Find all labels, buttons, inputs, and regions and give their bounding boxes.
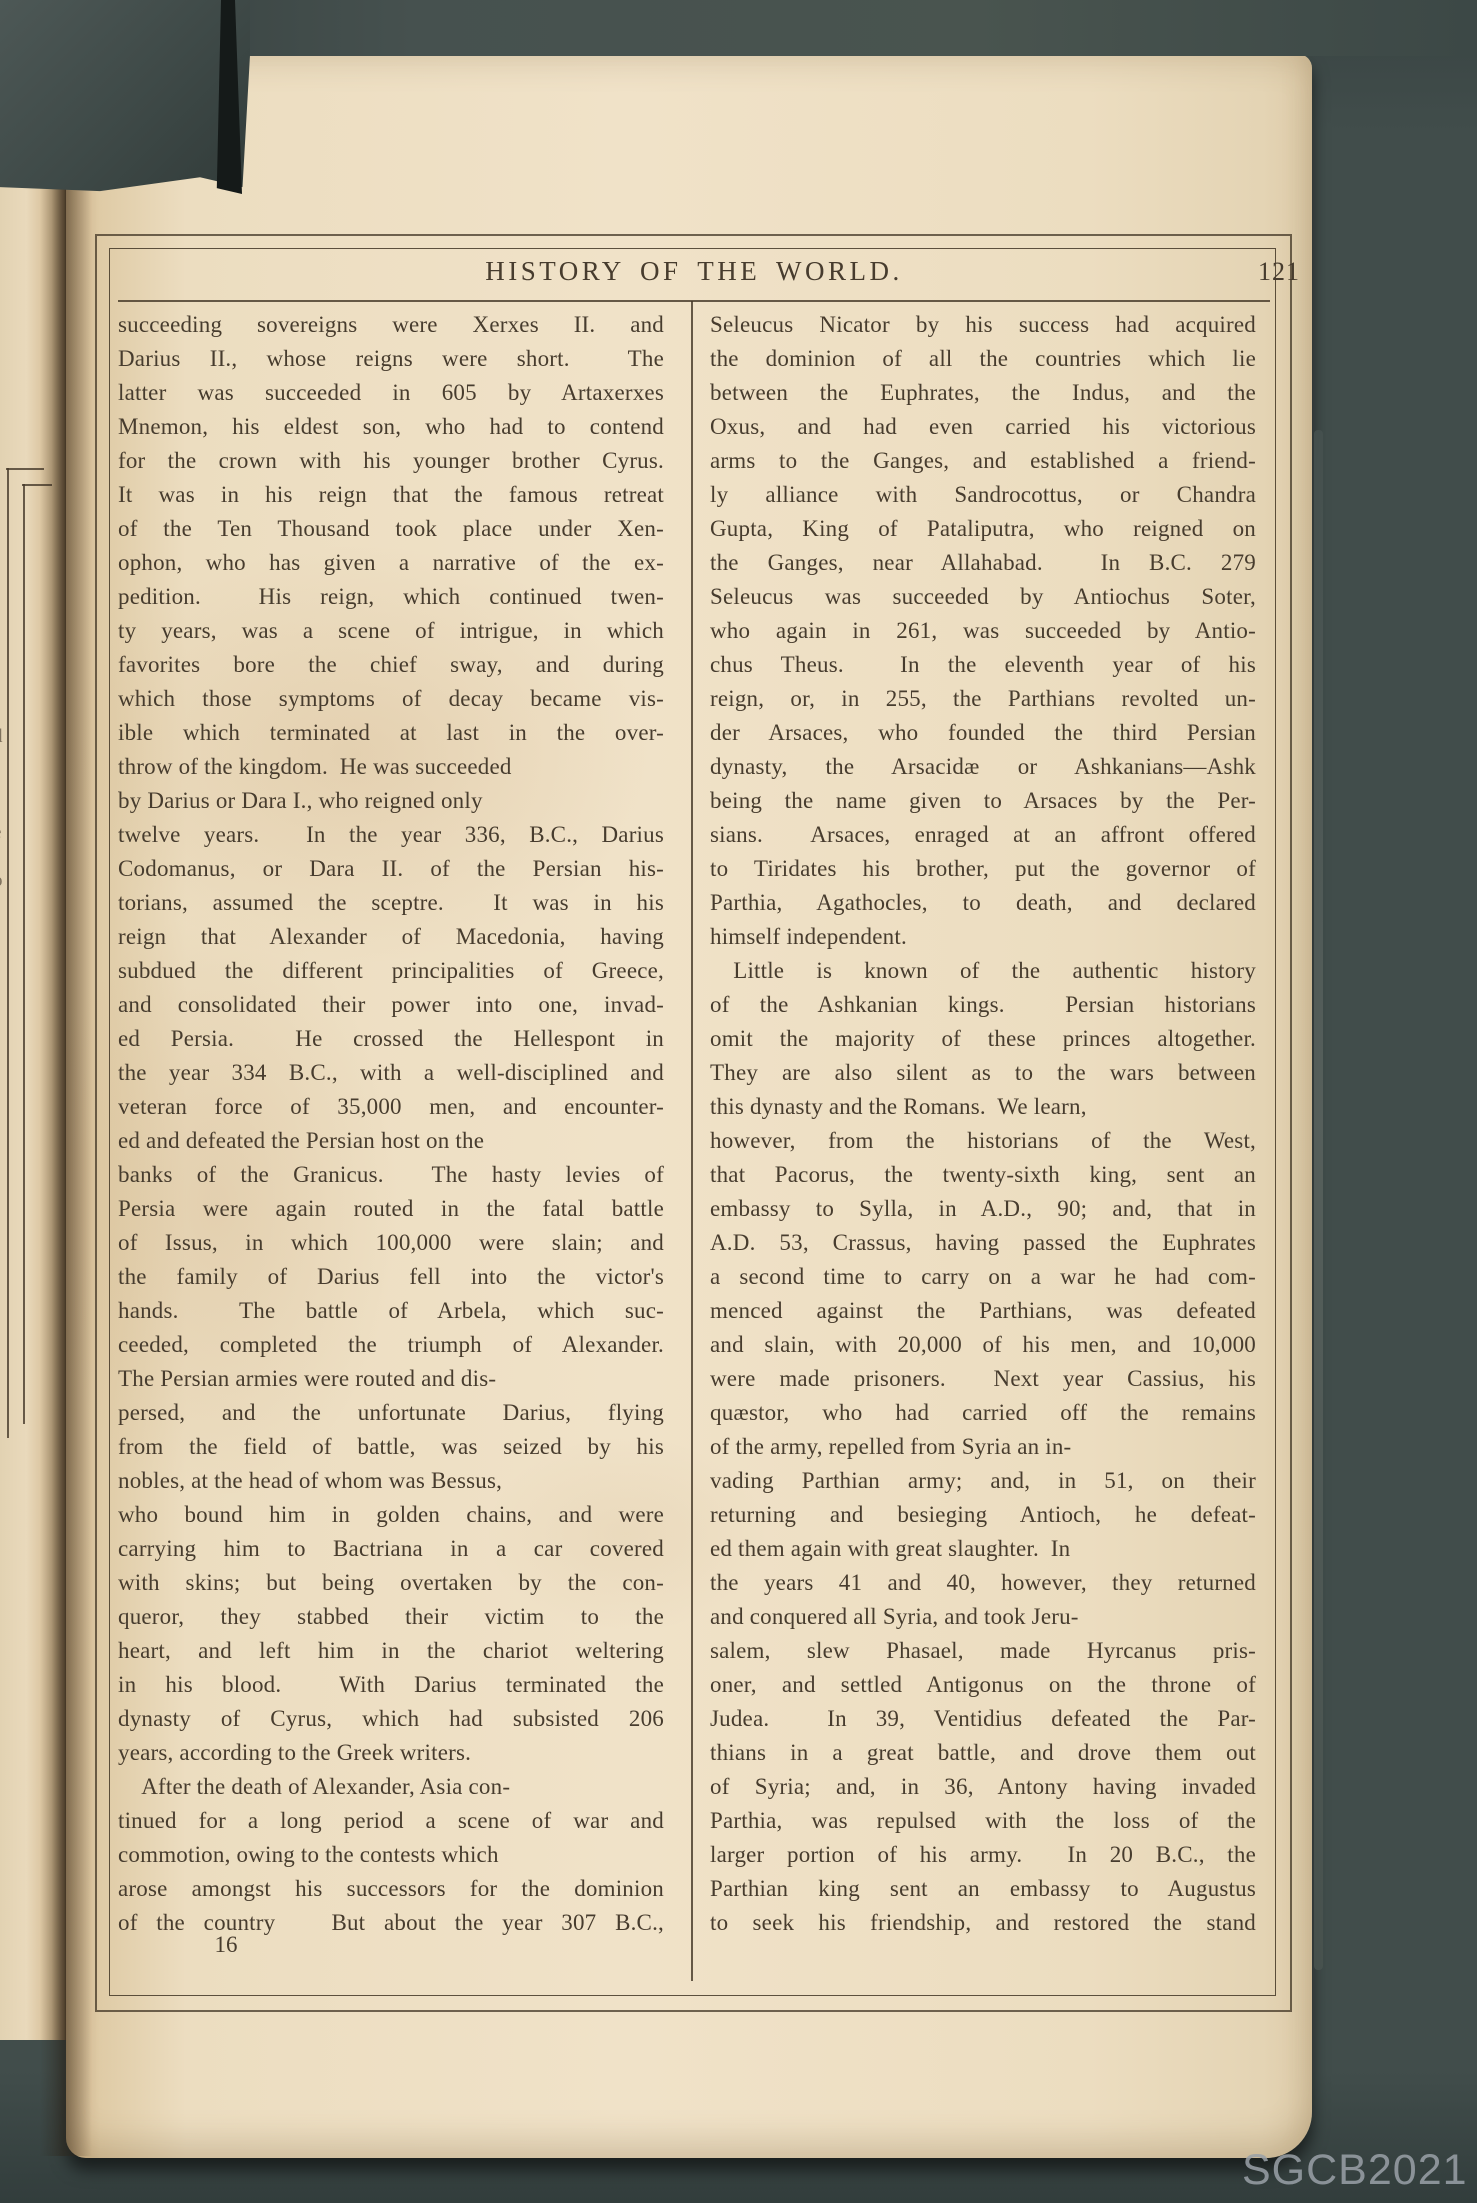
text-line: which those symptoms of decay became vis… [118, 682, 664, 716]
text-line: Parthia, Agathocles, to death, and decla… [710, 886, 1256, 920]
text-line: torians, assumed the sceptre. It was in … [118, 886, 664, 920]
text-line: ly alliance with Sandrocottus, or Chandr… [710, 478, 1256, 512]
text-line: with skins; but being overtaken by the c… [118, 1566, 664, 1600]
watermark-text: SGCB2021 [1242, 2146, 1468, 2195]
text-line: Parthian king sent an embassy to Augustu… [710, 1872, 1256, 1906]
text-line: Seleucus was succeeded by Antiochus Sote… [710, 580, 1256, 614]
column-divider-rule [691, 301, 693, 1981]
text-line: Judea. In 39, Ventidius defeated the Par… [710, 1702, 1256, 1736]
text-line: chus Theus. In the eleventh year of his [710, 648, 1256, 682]
text-line: being the name given to Arsaces by the P… [710, 784, 1256, 818]
text-line: however, from the historians of the West… [710, 1124, 1256, 1158]
text-line: ty years, was a scene of intrigue, in wh… [118, 614, 664, 648]
glyph-fragment: o [0, 870, 9, 892]
text-line: arose amongst his successors for the dom… [118, 1872, 664, 1906]
text-line: ceeded, completed the triumph of Alexand… [118, 1328, 664, 1362]
text-line: between the Euphrates, the Indus, and th… [710, 376, 1256, 410]
text-line: to seek his friendship, and restored the… [710, 1906, 1256, 1940]
text-line: to Tiridates his brother, put the govern… [710, 852, 1256, 886]
glyph-fragment: s [0, 678, 9, 700]
text-line: pedition. His reign, which continued twe… [118, 580, 664, 614]
text-line: menced against the Parthians, was defeat… [710, 1294, 1256, 1328]
text-line: by Darius or Dara I., who reigned only [118, 784, 664, 818]
text-line: the dominion of all the countries which … [710, 342, 1256, 376]
text-line: throw of the kingdom. He was succeeded [118, 750, 664, 784]
text-line: and consolidated their power into one, i… [118, 988, 664, 1022]
text-line: thians in a great battle, and drove them… [710, 1736, 1256, 1770]
text-line: ophon, who has given a narrative of the … [118, 546, 664, 580]
left-text-column: succeeding sovereigns were Xerxes II. an… [118, 308, 664, 1940]
text-line: vading Parthian army; and, in 51, on the… [710, 1464, 1256, 1498]
previous-page-frame-inner [23, 484, 25, 1424]
text-line: Little is known of the authentic history [710, 954, 1256, 988]
text-line: Parthia, was repulsed with the loss of t… [710, 1804, 1256, 1838]
text-line: veteran force of 35,000 men, and encount… [118, 1090, 664, 1124]
page-stack-edge [1314, 430, 1323, 1970]
previous-page-frame-top-outer [6, 468, 44, 470]
header-rule [118, 300, 1270, 302]
text-line: the Ganges, near Allahabad. In B.C. 279 [710, 546, 1256, 580]
text-line: of the Ashkanian kings. Persian historia… [710, 988, 1256, 1022]
text-line: reign that Alexander of Macedonia, havin… [118, 920, 664, 954]
text-line: of Syria; and, in 36, Antony having inva… [710, 1770, 1256, 1804]
text-line: It was in his reign that the famous retr… [118, 478, 664, 512]
text-line: Darius II., whose reigns were short. The [118, 342, 664, 376]
text-line: latter was succeeded in 605 by Artaxerxe… [118, 376, 664, 410]
signature-mark: 16 [186, 1932, 266, 1958]
text-line: oner, and settled Antigonus on the thron… [710, 1668, 1256, 1702]
text-line: sians. Arsaces, enraged at an affront of… [710, 818, 1256, 852]
text-line: who bound him in golden chains, and were [118, 1498, 664, 1532]
text-line: ed Persia. He crossed the Hellespont in [118, 1022, 664, 1056]
text-line: larger portion of his army. In 20 B.C., … [710, 1838, 1256, 1872]
text-line: favorites bore the chief sway, and durin… [118, 648, 664, 682]
glyph-fragment: l [0, 966, 9, 988]
book-gutter-shadow [40, 56, 92, 2156]
glyph-fragment: e [0, 822, 9, 844]
text-line: and slain, with 20,000 of his men, and 1… [710, 1328, 1256, 1362]
text-line: Mnemon, his eldest son, who had to conte… [118, 410, 664, 444]
text-line: ed and defeated the Persian host on the [118, 1124, 664, 1158]
text-line: carrying him to Bactriana in a car cover… [118, 1532, 664, 1566]
text-line: for the crown with his younger brother C… [118, 444, 664, 478]
text-line: of the army, repelled from Syria an in- [710, 1430, 1256, 1464]
text-line: salem, slew Phasael, made Hyrcanus pris- [710, 1634, 1256, 1668]
text-line: from the field of battle, was seized by … [118, 1430, 664, 1464]
text-line: Oxus, and had even carried his victoriou… [710, 410, 1256, 444]
text-line: of Issus, in which 100,000 were slain; a… [118, 1226, 664, 1260]
text-line: the family of Darius fell into the victo… [118, 1260, 664, 1294]
text-line: They are also silent as to the wars betw… [710, 1056, 1256, 1090]
text-line: twelve years. In the year 336, B.C., Dar… [118, 818, 664, 852]
text-line: Codomanus, or Dara II. of the Persian hi… [118, 852, 664, 886]
text-line: a second time to carry on a war he had c… [710, 1260, 1256, 1294]
text-line: ible which terminated at last in the ove… [118, 716, 664, 750]
text-line: omit the majority of these princes altog… [710, 1022, 1256, 1056]
text-line: in his blood. With Darius terminated the [118, 1668, 664, 1702]
text-line: who again in 261, was succeeded by Antio… [710, 614, 1256, 648]
text-line: returning and besieging Antioch, he defe… [710, 1498, 1256, 1532]
text-line: the years 41 and 40, however, they retur… [710, 1566, 1256, 1600]
text-line: and conquered all Syria, and took Jeru- [710, 1600, 1256, 1634]
text-line: quæstor, who had carried off the remains [710, 1396, 1256, 1430]
text-line: nobles, at the head of whom was Bessus, [118, 1464, 664, 1498]
text-line: After the death of Alexander, Asia con- [118, 1770, 664, 1804]
text-line: Persia were again routed in the fatal ba… [118, 1192, 664, 1226]
text-line: heart, and left him in the chariot welte… [118, 1634, 664, 1668]
page-number: 121 [1210, 257, 1300, 287]
text-line: succeeding sovereigns were Xerxes II. an… [118, 308, 664, 342]
text-line: dynasty of Cyrus, which had subsisted 20… [118, 1702, 664, 1736]
text-line: himself independent. [710, 920, 1256, 954]
text-line: subdued the different principalities of … [118, 954, 664, 988]
glyph-fragment: s [0, 918, 9, 940]
text-line: Seleucus Nicator by his success had acqu… [710, 308, 1256, 342]
book-cover-corner [0, 0, 250, 197]
text-line: this dynasty and the Romans. We learn, [710, 1090, 1256, 1124]
text-line: embassy to Sylla, in A.D., 90; and, that… [710, 1192, 1256, 1226]
book-scan-photo: lsdleoslt HISTORY OF THE WORLD. 121 succ… [0, 0, 1477, 2203]
text-line: of the Ten Thousand took place under Xen… [118, 512, 664, 546]
text-line: ed them again with great slaughter. In [710, 1532, 1256, 1566]
text-line: queror, they stabbed their victim to the [118, 1600, 664, 1634]
text-line: arms to the Ganges, and established a fr… [710, 444, 1256, 478]
previous-page-text-fragments: lsdleoslt [0, 630, 9, 1036]
text-line: commotion, owing to the contests which [118, 1838, 664, 1872]
page-title: HISTORY OF THE WORLD. [118, 256, 1270, 287]
text-line: were made prisoners. Next year Cassius, … [710, 1362, 1256, 1396]
text-line: reign, or, in 255, the Parthians revolte… [710, 682, 1256, 716]
glyph-fragment: t [0, 1014, 9, 1036]
text-line: tinued for a long period a scene of war … [118, 1804, 664, 1838]
text-line: banks of the Granicus. The hasty levies … [118, 1158, 664, 1192]
text-line: dynasty, the Arsacidæ or Ashkanians—Ashk [710, 750, 1256, 784]
text-line: A.D. 53, Crassus, having passed the Euph… [710, 1226, 1256, 1260]
running-head: HISTORY OF THE WORLD. 121 [118, 256, 1270, 296]
text-line: persed, and the unfortunate Darius, flyi… [118, 1396, 664, 1430]
text-line: hands. The battle of Arbela, which suc- [118, 1294, 664, 1328]
text-line: that Pacorus, the twenty-sixth king, sen… [710, 1158, 1256, 1192]
text-line: years, according to the Greek writers. [118, 1736, 664, 1770]
glyph-fragment: l [0, 630, 9, 652]
glyph-fragment: d [0, 726, 9, 748]
glyph-fragment: l [0, 774, 9, 796]
text-line: der Arsaces, who founded the third Persi… [710, 716, 1256, 750]
right-text-column: Seleucus Nicator by his success had acqu… [710, 308, 1256, 1940]
text-line: The Persian armies were routed and dis- [118, 1362, 664, 1396]
book-page: HISTORY OF THE WORLD. 121 succeeding sov… [66, 54, 1312, 2158]
text-line: Gupta, King of Pataliputra, who reigned … [710, 512, 1256, 546]
text-line: the year 334 B.C., with a well-disciplin… [118, 1056, 664, 1090]
